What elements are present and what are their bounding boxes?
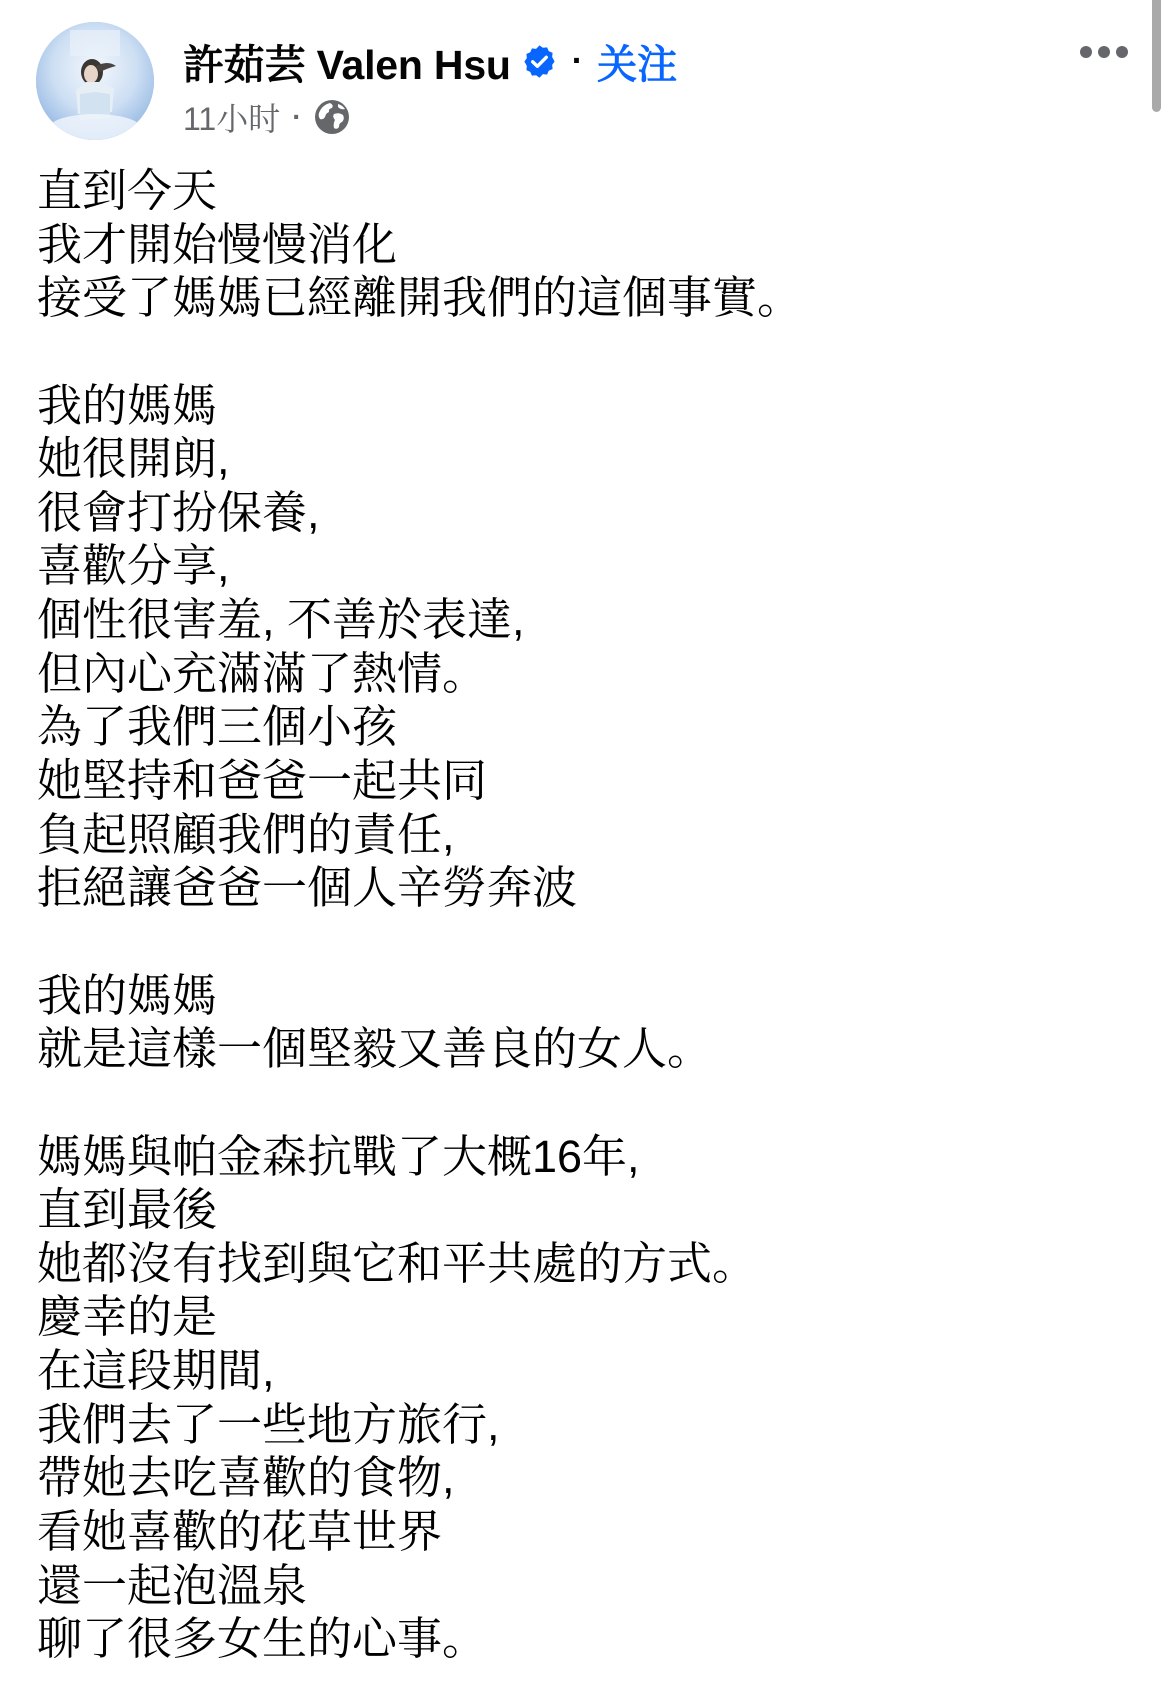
post-line: 拒絕讓爸爸一個人辛勞奔波	[37, 861, 1137, 915]
post-line: 個性很害羞, 不善於表達,	[37, 593, 1137, 647]
globe-icon[interactable]	[314, 99, 350, 135]
post-line: 我才開始慢慢消化	[37, 218, 1137, 272]
post-line: 慶幸的是	[37, 1290, 1137, 1344]
post-line: 看她喜歡的花草世界	[37, 1505, 1137, 1559]
post-line: 我的媽媽	[37, 969, 1137, 1023]
more-horizontal-icon	[1098, 46, 1110, 58]
post-timestamp[interactable]: 11小时	[183, 94, 280, 140]
post-header: 許茹芸 Valen Hsu · 关注 11小时 ·	[0, 0, 1170, 150]
separator-dot: ·	[572, 42, 583, 81]
avatar-photo	[36, 22, 154, 140]
post-line: 直到最後	[37, 1183, 1137, 1237]
post-line: 還一起泡溫泉	[37, 1559, 1137, 1613]
verified-badge-icon	[521, 43, 558, 80]
post-line: 很會打扮保養,	[37, 486, 1137, 540]
more-options-button[interactable]	[1074, 36, 1134, 68]
author-avatar[interactable]	[36, 22, 154, 140]
separator-dot: ·	[292, 101, 301, 133]
post-line: 接受了媽媽已經離開我們的這個事實。	[37, 271, 1137, 325]
follow-button[interactable]: 关注	[597, 33, 677, 90]
post-line: 為了我們三個小孩	[37, 700, 1137, 754]
post-line: 她堅持和爸爸一起共同	[37, 754, 1137, 808]
post-line: 她都沒有找到與它和平共處的方式。	[37, 1237, 1137, 1291]
post-line: 負起照顧我們的責任,	[37, 808, 1137, 862]
post-line: 媽媽與帕金森抗戰了大概16年,	[37, 1130, 1137, 1184]
post-line: 在這段期間,	[37, 1344, 1137, 1398]
post-line: 我們去了一些地方旅行,	[37, 1398, 1137, 1452]
post-line: 聊了很多女生的心事。	[37, 1612, 1137, 1666]
post-line: 喜歡分享,	[37, 539, 1137, 593]
author-name[interactable]: 許茹芸 Valen Hsu	[183, 32, 511, 91]
post-line: 我的媽媽	[37, 379, 1137, 433]
post-meta: 11小时 ·	[183, 97, 350, 137]
post-line: 就是這樣一個堅毅又善良的女人。	[37, 1022, 1137, 1076]
blank-line	[37, 325, 1137, 379]
author-row: 許茹芸 Valen Hsu · 关注	[183, 36, 677, 86]
post-line: 她很開朗,	[37, 432, 1137, 486]
post-line: 帶她去吃喜歡的食物,	[37, 1451, 1137, 1505]
post-body-text: 直到今天 我才開始慢慢消化 接受了媽媽已經離開我們的這個事實。 我的媽媽 她很開…	[37, 164, 1137, 1666]
blank-line	[37, 1076, 1137, 1130]
more-horizontal-icon	[1116, 46, 1128, 58]
blank-line	[37, 915, 1137, 969]
vertical-scrollbar[interactable]	[1152, 0, 1161, 112]
more-horizontal-icon	[1080, 46, 1092, 58]
post-line: 但內心充滿滿了熱情。	[37, 647, 1137, 701]
post-line: 直到今天	[37, 164, 1137, 218]
